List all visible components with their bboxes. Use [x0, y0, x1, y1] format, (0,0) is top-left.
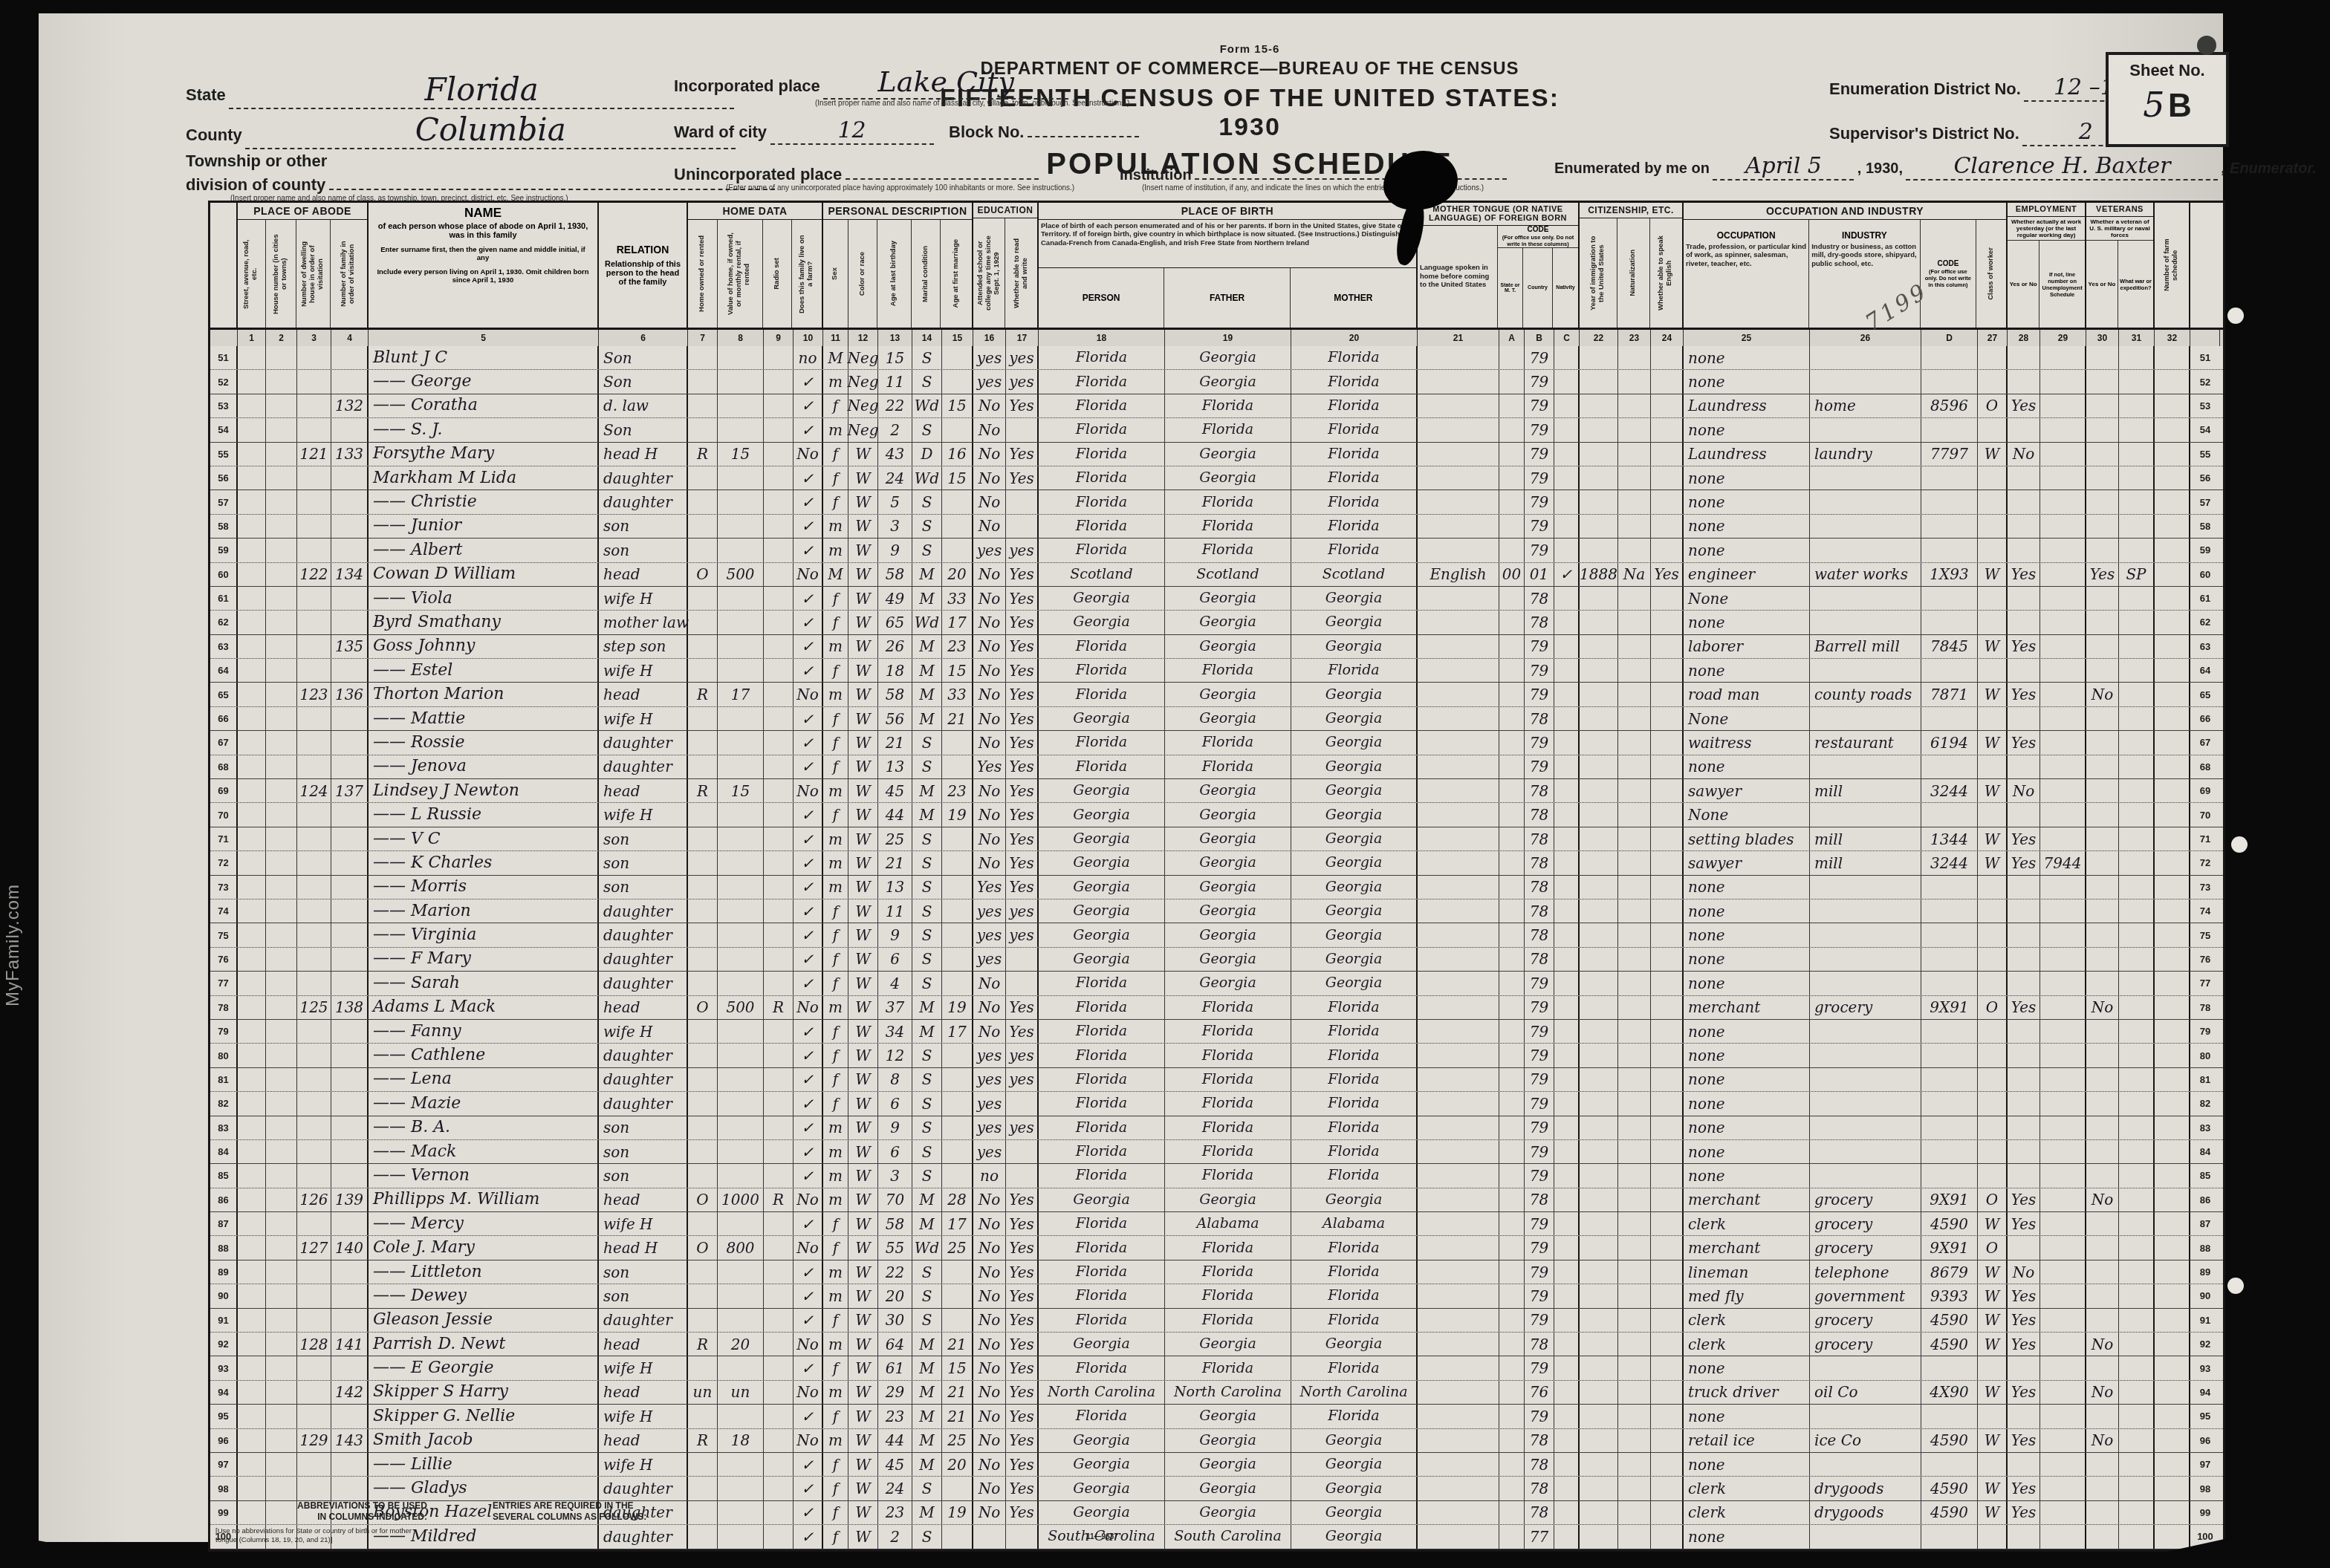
- line-number: 61: [210, 587, 238, 610]
- cell-col-25: [1580, 1309, 1618, 1332]
- cell-col-9: [764, 1140, 794, 1163]
- watermark: MyFamily.com: [3, 884, 24, 1006]
- cell-col-19: Georgia: [1165, 803, 1291, 826]
- cell-col-31: [1978, 1044, 2008, 1067]
- cell-col-23: 79: [1525, 731, 1554, 754]
- cell-col-36: [2155, 418, 2190, 441]
- cell-col-6: son: [599, 1164, 688, 1187]
- cell-col-28: none: [1684, 755, 1810, 778]
- line-number-right: 79: [2190, 1020, 2220, 1043]
- cell-col-19: Florida: [1165, 1044, 1291, 1067]
- cell-col-23: 79: [1525, 972, 1554, 995]
- cell-col-16: No: [973, 490, 1006, 513]
- cell-col-23: 79: [1525, 370, 1554, 393]
- cell-col-9: [764, 443, 794, 466]
- cell-col-16: No: [973, 659, 1006, 682]
- cell-col-5: —— L Russie: [369, 803, 599, 826]
- col-number-15: 15: [942, 330, 973, 346]
- cell-col-6: daughter: [599, 948, 688, 971]
- cell-col-14: S: [912, 900, 942, 923]
- cell-col-24: [1554, 1188, 1580, 1211]
- cell-col-12: W: [848, 1260, 878, 1284]
- cell-col-24: [1554, 490, 1580, 513]
- cell-col-26: [1618, 1381, 1651, 1404]
- cell-col-24: [1554, 1429, 1580, 1452]
- cell-col-13: 21: [878, 851, 912, 874]
- cell-col-2: [266, 1429, 297, 1452]
- cell-col-15: 15: [942, 659, 973, 682]
- cell-col-30: [1921, 1140, 1978, 1163]
- cell-col-26: [1618, 876, 1651, 899]
- cell-col-6: d. law: [599, 394, 688, 417]
- cell-col-20: Florida: [1291, 1309, 1418, 1332]
- cell-col-34: [2086, 1477, 2119, 1500]
- col-number-30: 30: [2086, 330, 2119, 346]
- cell-col-17: Yes: [1006, 1381, 1039, 1404]
- cell-col-34: [2086, 346, 2119, 369]
- cell-col-12: W: [848, 515, 878, 538]
- cell-col-10: ✓: [794, 1116, 823, 1139]
- cell-col-13: 37: [878, 996, 912, 1019]
- line-number-right: 91: [2190, 1309, 2220, 1332]
- cell-col-7: [688, 900, 718, 923]
- cell-col-19: Florida: [1165, 1284, 1291, 1307]
- cell-col-20: Georgia: [1291, 1333, 1418, 1356]
- cell-col-27: [1651, 539, 1684, 562]
- cell-col-27: [1651, 659, 1684, 682]
- cell-col-15: 33: [942, 683, 973, 706]
- cell-col-18: Georgia: [1039, 923, 1165, 946]
- cell-col-10: No: [794, 1236, 823, 1259]
- cell-col-2: [266, 1405, 297, 1428]
- cell-col-19: Georgia: [1165, 370, 1291, 393]
- cell-col-29: [1810, 490, 1921, 513]
- cell-col-35: [2119, 900, 2155, 923]
- line-number: 90: [210, 1284, 238, 1307]
- cell-col-22: [1499, 370, 1525, 393]
- cell-col-6: daughter: [599, 923, 688, 946]
- cell-col-16: No: [973, 443, 1006, 466]
- cell-col-26: [1618, 1212, 1651, 1235]
- cell-col-5: —— Gladys: [369, 1477, 599, 1500]
- cell-col-32: [2008, 1356, 2040, 1379]
- line-number-right: 62: [2190, 611, 2220, 634]
- cell-col-22: [1499, 1116, 1525, 1139]
- cell-col-21: [1418, 1260, 1499, 1284]
- cell-col-10: ✓: [794, 587, 823, 610]
- cell-col-25: [1580, 1020, 1618, 1043]
- cell-col-23: 79: [1525, 418, 1554, 441]
- cell-col-30: [1921, 948, 1978, 971]
- cell-col-2: [266, 1068, 297, 1091]
- cell-col-2: [266, 1284, 297, 1307]
- cell-col-33: [2040, 1164, 2086, 1187]
- col12-color-label: Color or race: [859, 252, 867, 296]
- cell-col-28: none: [1684, 515, 1810, 538]
- cell-col-2: [266, 1333, 297, 1356]
- cell-col-1: [238, 1068, 266, 1091]
- cell-col-1: [238, 996, 266, 1019]
- cell-col-10: ✓: [794, 803, 823, 826]
- cell-col-5: —— Littleton: [369, 1260, 599, 1284]
- cell-col-22: [1499, 1212, 1525, 1235]
- cell-col-4: [331, 1284, 369, 1307]
- cell-col-23: 79: [1525, 1405, 1554, 1428]
- cell-col-20: Georgia: [1291, 972, 1418, 995]
- cell-col-16: yes: [973, 346, 1006, 369]
- cell-col-18: Florida: [1039, 1212, 1165, 1235]
- cell-col-21: [1418, 1284, 1499, 1307]
- cell-col-11: f: [823, 1236, 848, 1259]
- cell-col-31: [1978, 803, 2008, 826]
- cell-col-34: No: [2086, 1188, 2119, 1211]
- cell-col-17: [1006, 1092, 1039, 1115]
- cell-col-19: Georgia: [1165, 683, 1291, 706]
- cell-col-18: Florida: [1039, 394, 1165, 417]
- cell-col-9: [764, 370, 794, 393]
- cell-col-16: yes: [973, 1068, 1006, 1091]
- cell-col-34: [2086, 1092, 2119, 1115]
- cell-col-31: [1978, 948, 2008, 971]
- cell-col-7: [688, 466, 718, 489]
- cell-col-25: [1580, 851, 1618, 874]
- cell-col-19: Florida: [1165, 731, 1291, 754]
- cell-col-33: [2040, 803, 2086, 826]
- cell-col-26: [1618, 1116, 1651, 1139]
- cell-col-2: [266, 851, 297, 874]
- cell-col-34: [2086, 851, 2119, 874]
- cell-col-8: 18: [718, 1429, 764, 1452]
- cell-col-35: [2119, 659, 2155, 682]
- cell-col-19: Florida: [1165, 1164, 1291, 1187]
- cell-col-3: [297, 803, 331, 826]
- cell-col-11: m: [823, 1140, 848, 1163]
- cell-col-27: [1651, 418, 1684, 441]
- table-row-line-65: 65123136Thorton MarionheadR17NomW58M33No…: [210, 683, 2223, 706]
- cell-col-28: Laundress: [1684, 394, 1810, 417]
- cell-col-22: [1499, 707, 1525, 730]
- cell-col-10: No: [794, 563, 823, 586]
- cell-col-31: O: [1978, 1188, 2008, 1211]
- cell-col-26: [1618, 1405, 1651, 1428]
- cell-col-23: 79: [1525, 539, 1554, 562]
- cell-col-24: [1554, 1284, 1580, 1307]
- cell-col-12: W: [848, 948, 878, 971]
- cell-col-26: Na: [1618, 563, 1651, 586]
- cell-col-12: W: [848, 755, 878, 778]
- cell-col-14: M: [912, 1356, 942, 1379]
- cell-col-24: [1554, 948, 1580, 971]
- cell-col-21: [1418, 779, 1499, 802]
- cell-col-27: Yes: [1651, 563, 1684, 586]
- cell-col-20: North Carolina: [1291, 1381, 1418, 1404]
- cell-col-20: Florida: [1291, 490, 1418, 513]
- col-number-B: B: [1525, 330, 1554, 346]
- cell-col-26: [1618, 659, 1651, 682]
- cell-col-29: [1810, 1092, 1921, 1115]
- cell-col-2: [266, 515, 297, 538]
- cell-col-32: Yes: [2008, 1284, 2040, 1307]
- cell-col-27: [1651, 707, 1684, 730]
- cell-col-27: [1651, 972, 1684, 995]
- cell-col-19: Georgia: [1165, 923, 1291, 946]
- cell-col-15: [942, 1477, 973, 1500]
- cell-col-11: m: [823, 1116, 848, 1139]
- cell-col-9: [764, 1212, 794, 1235]
- cell-col-11: f: [823, 972, 848, 995]
- cell-col-21: [1418, 539, 1499, 562]
- cell-col-26: [1618, 1068, 1651, 1091]
- cell-col-12: W: [848, 490, 878, 513]
- cell-col-17: Yes: [1006, 1429, 1039, 1452]
- cell-col-16: yes: [973, 1116, 1006, 1139]
- cell-col-32: [2008, 803, 2040, 826]
- cell-col-24: [1554, 346, 1580, 369]
- cell-col-19: Florida: [1165, 1068, 1291, 1091]
- cell-col-17: Yes: [1006, 563, 1039, 586]
- cell-col-4: [331, 1477, 369, 1500]
- cell-col-29: county roads: [1810, 683, 1921, 706]
- cell-col-23: 78: [1525, 1188, 1554, 1211]
- cell-col-20: Georgia: [1291, 827, 1418, 850]
- line-number: 56: [210, 466, 238, 489]
- cell-col-30: [1921, 972, 1978, 995]
- cell-col-25: [1580, 1260, 1618, 1284]
- cell-col-3: [297, 1140, 331, 1163]
- cell-col-14: S: [912, 1140, 942, 1163]
- cell-col-12: W: [848, 683, 878, 706]
- cell-col-32: [2008, 923, 2040, 946]
- cell-col-14: S: [912, 1068, 942, 1091]
- cell-col-23: 79: [1525, 1284, 1554, 1307]
- cell-col-17: Yes: [1006, 1284, 1039, 1307]
- cell-col-30: 4590: [1921, 1477, 1978, 1500]
- cell-col-33: [2040, 490, 2086, 513]
- home-data-title: HOME DATA: [688, 203, 822, 220]
- line-number-right: 87: [2190, 1212, 2220, 1235]
- cell-col-22: [1499, 1020, 1525, 1043]
- cell-col-23: 78: [1525, 827, 1554, 850]
- state-label: State: [186, 85, 226, 104]
- enumerated-field: Enumerated by me on April 5 , 1930, Clar…: [1554, 153, 2317, 180]
- cell-col-17: Yes: [1006, 731, 1039, 754]
- cell-col-18: Florida: [1039, 1260, 1165, 1284]
- cell-col-4: [331, 1356, 369, 1379]
- cell-col-36: [2155, 923, 2190, 946]
- cell-col-19: Georgia: [1165, 707, 1291, 730]
- unincorporated-hint: (Enter name of any unincorporated place …: [726, 184, 1074, 192]
- cell-col-4: [331, 370, 369, 393]
- cell-col-5: —— Fanny: [369, 1020, 599, 1043]
- education-title: EDUCATION: [973, 203, 1037, 218]
- cell-col-12: Neg: [848, 394, 878, 417]
- cell-col-25: [1580, 1429, 1618, 1452]
- cell-col-8: [718, 1477, 764, 1500]
- cell-col-31: [1978, 515, 2008, 538]
- cell-col-27: [1651, 611, 1684, 634]
- cell-col-21: [1418, 948, 1499, 971]
- cell-col-9: [764, 587, 794, 610]
- cell-col-1: [238, 1164, 266, 1187]
- cell-col-26: [1618, 996, 1651, 1019]
- cell-col-2: [266, 1212, 297, 1235]
- cell-col-27: [1651, 1068, 1684, 1091]
- cell-col-10: ✓: [794, 370, 823, 393]
- cell-col-17: [1006, 1140, 1039, 1163]
- cell-col-34: [2086, 1020, 2119, 1043]
- cell-col-20: Florida: [1291, 1140, 1418, 1163]
- cell-col-35: [2119, 972, 2155, 995]
- cell-col-13: 22: [878, 1260, 912, 1284]
- cell-col-12: W: [848, 1116, 878, 1139]
- cell-col-14: S: [912, 972, 942, 995]
- cell-col-22: [1499, 1260, 1525, 1284]
- cell-col-36: [2155, 635, 2190, 658]
- cell-col-8: 15: [718, 779, 764, 802]
- col-number-27: 27: [1978, 330, 2008, 346]
- cell-col-10: ✓: [794, 900, 823, 923]
- cell-col-18: Florida: [1039, 515, 1165, 538]
- cell-col-5: —— K Charles: [369, 851, 599, 874]
- cell-col-19: Florida: [1165, 1236, 1291, 1259]
- cell-col-12: W: [848, 1164, 878, 1187]
- cell-col-4: [331, 1092, 369, 1115]
- cell-col-26: [1618, 1333, 1651, 1356]
- cell-col-7: [688, 394, 718, 417]
- cell-col-34: No: [2086, 1381, 2119, 1404]
- cell-col-2: [266, 1164, 297, 1187]
- table-row-line-80: 80—— Cathlenedaughter✓fW12SyesyesFlorida…: [210, 1044, 2223, 1067]
- cell-col-30: [1921, 418, 1978, 441]
- cell-col-24: [1554, 1405, 1580, 1428]
- cell-col-32: [2008, 876, 2040, 899]
- cell-col-17: yes: [1006, 370, 1039, 393]
- cell-col-17: Yes: [1006, 659, 1039, 682]
- cell-col-34: [2086, 490, 2119, 513]
- cell-col-13: 3: [878, 1164, 912, 1187]
- cell-col-35: [2119, 1260, 2155, 1284]
- cell-col-31: [1978, 1164, 2008, 1187]
- cell-col-17: Yes: [1006, 755, 1039, 778]
- cell-col-13: 58: [878, 1212, 912, 1235]
- line-number: 91: [210, 1309, 238, 1332]
- cell-col-34: [2086, 1453, 2119, 1476]
- cell-col-32: No: [2008, 1260, 2040, 1284]
- cell-col-22: [1499, 972, 1525, 995]
- cell-col-11: m: [823, 1260, 848, 1284]
- cell-col-36: [2155, 611, 2190, 634]
- cell-col-2: [266, 659, 297, 682]
- cell-col-34: [2086, 1212, 2119, 1235]
- cell-col-22: [1499, 851, 1525, 874]
- cell-col-27: [1651, 1381, 1684, 1404]
- cell-col-14: S: [912, 1116, 942, 1139]
- table-row-line-87: 87—— Mercywife H✓fW58M17NoYesFloridaAlab…: [210, 1212, 2223, 1236]
- cell-col-33: [2040, 1309, 2086, 1332]
- cell-col-27: [1651, 1044, 1684, 1067]
- cell-col-36: [2155, 1284, 2190, 1307]
- cell-col-33: [2040, 370, 2086, 393]
- cell-col-6: head: [599, 1381, 688, 1404]
- col24-english-label: Whether able to speak English: [1658, 232, 1674, 315]
- ed-label: Enumeration District No.: [1829, 79, 2021, 98]
- col-number-4: 4: [331, 330, 369, 346]
- line-number: 88: [210, 1236, 238, 1259]
- cell-col-28: none: [1684, 1140, 1810, 1163]
- cell-col-10: ✓: [794, 1140, 823, 1163]
- cell-col-35: [2119, 707, 2155, 730]
- cell-col-33: [2040, 515, 2086, 538]
- col-number-13: 13: [878, 330, 912, 346]
- col-number-12: 12: [848, 330, 878, 346]
- cell-col-30: [1921, 1453, 1978, 1476]
- cell-col-27: [1651, 1260, 1684, 1284]
- cell-col-30: [1921, 1405, 1978, 1428]
- cell-col-20: Georgia: [1291, 779, 1418, 802]
- cell-col-17: yes: [1006, 900, 1039, 923]
- line-number-right: 52: [2190, 370, 2220, 393]
- cell-col-12: Neg: [848, 346, 878, 369]
- table-row-line-85: 85—— Vernonson✓mW3SnoFloridaFloridaFlori…: [210, 1164, 2223, 1188]
- line-number: 59: [210, 539, 238, 562]
- cell-col-27: [1651, 370, 1684, 393]
- group-personal-description: PERSONAL DESCRIPTION Sex Color or race A…: [823, 203, 973, 328]
- cell-col-10: ✓: [794, 1212, 823, 1235]
- cell-col-29: grocery: [1810, 1188, 1921, 1211]
- col25-occupation-title: OCCUPATION: [1717, 230, 1776, 241]
- cell-col-12: W: [848, 1188, 878, 1211]
- cell-col-11: m: [823, 1164, 848, 1187]
- cell-col-35: [2119, 1188, 2155, 1211]
- cell-col-3: [297, 418, 331, 441]
- cell-col-21: [1418, 490, 1499, 513]
- cell-col-4: [331, 1309, 369, 1332]
- cell-col-26: [1618, 1236, 1651, 1259]
- cell-col-31: W: [1978, 1309, 2008, 1332]
- cell-col-32: [2008, 611, 2040, 634]
- cell-col-19: Georgia: [1165, 635, 1291, 658]
- cell-col-12: W: [848, 1068, 878, 1091]
- cell-col-25: [1580, 466, 1618, 489]
- cell-col-17: yes: [1006, 539, 1039, 562]
- block-label: Block No.: [949, 123, 1024, 141]
- cell-col-23: 78: [1525, 948, 1554, 971]
- cell-col-28: road man: [1684, 683, 1810, 706]
- cell-col-14: M: [912, 803, 942, 826]
- cell-col-16: No: [973, 1477, 1006, 1500]
- cell-col-8: [718, 1284, 764, 1307]
- cell-col-4: 142: [331, 1381, 369, 1404]
- line-number-right: 65: [2190, 683, 2220, 706]
- cell-col-29: mill: [1810, 851, 1921, 874]
- cell-col-34: [2086, 707, 2119, 730]
- cell-col-22: [1499, 635, 1525, 658]
- cell-col-11: f: [823, 1477, 848, 1500]
- cell-col-16: No: [973, 1429, 1006, 1452]
- cell-col-8: 800: [718, 1236, 764, 1259]
- cell-col-20: Georgia: [1291, 923, 1418, 946]
- cell-col-16: No: [973, 827, 1006, 850]
- cell-col-6: step son: [599, 635, 688, 658]
- cell-col-29: [1810, 1453, 1921, 1476]
- cell-col-27: [1651, 1477, 1684, 1500]
- cell-col-12: W: [848, 1092, 878, 1115]
- cell-col-14: S: [912, 1092, 942, 1115]
- cell-col-4: [331, 1020, 369, 1043]
- cell-col-17: Yes: [1006, 1477, 1039, 1500]
- cell-col-16: No: [973, 1188, 1006, 1211]
- col27-class-label: Class of worker: [1987, 247, 1996, 300]
